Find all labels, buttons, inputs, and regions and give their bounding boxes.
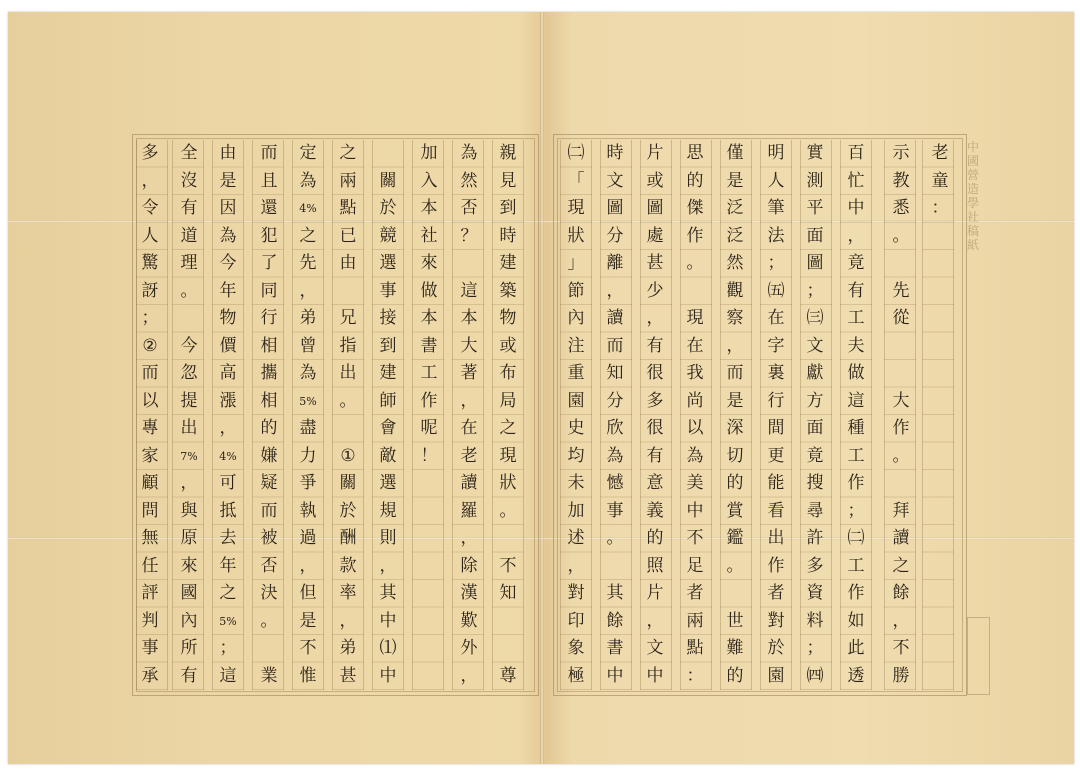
- handwritten-character: 事: [137, 635, 163, 663]
- handwritten-character: ，: [456, 525, 482, 553]
- handwritten-character: ㈣: [802, 663, 828, 691]
- handwritten-character: 點: [682, 635, 708, 663]
- handwritten-character: 年: [215, 278, 241, 306]
- handwritten-character: 老: [927, 140, 953, 168]
- handwritten-character: 面: [802, 415, 828, 443]
- handwritten-character: 許: [802, 525, 828, 553]
- handwritten-character: 於: [375, 195, 401, 223]
- handwritten-character: 百: [843, 140, 869, 168]
- left-page-column-5: 之兩點已由 兄指出。 ①關於酬款率，弟甚: [335, 140, 361, 690]
- handwritten-character: 曾: [295, 333, 321, 361]
- handwritten-character: 我: [682, 360, 708, 388]
- handwritten-character: 文: [802, 333, 828, 361]
- handwritten-character: 驚: [137, 250, 163, 278]
- handwritten-character: 令: [137, 195, 163, 223]
- handwritten-character: 是: [295, 608, 321, 636]
- handwritten-character: 弟: [295, 305, 321, 333]
- handwritten-character: 。: [682, 250, 708, 278]
- handwritten-character: 憾: [602, 470, 628, 498]
- handwritten-character: 文: [602, 168, 628, 196]
- handwritten-character: 園: [563, 388, 589, 416]
- handwritten-character: 在: [682, 333, 708, 361]
- handwritten-character: [456, 250, 482, 278]
- handwritten-character: 道: [176, 223, 202, 251]
- handwritten-character: [888, 470, 914, 498]
- stamp-character: 社: [967, 210, 979, 224]
- handwritten-character: 為: [215, 223, 241, 251]
- handwritten-character: 社: [416, 223, 442, 251]
- handwritten-character: 內: [176, 608, 202, 636]
- handwritten-character: 有: [176, 195, 202, 223]
- handwritten-character: 。: [888, 223, 914, 251]
- handwritten-character: 賞: [722, 498, 748, 526]
- handwritten-character: 而: [602, 333, 628, 361]
- left-page-column-10: 多，令人驚訝；②而以專家顧問無任評判事承: [137, 140, 163, 690]
- handwritten-character: 者: [763, 580, 789, 608]
- handwritten-character: 親: [495, 140, 521, 168]
- handwritten-character: 而: [137, 360, 163, 388]
- handwritten-character: 深: [722, 415, 748, 443]
- handwritten-character: 拜: [888, 498, 914, 526]
- handwritten-character: 法: [763, 223, 789, 251]
- handwritten-character: 印: [563, 608, 589, 636]
- handwritten-character: 史: [563, 415, 589, 443]
- handwritten-character: 家: [137, 443, 163, 471]
- handwritten-character: 而: [256, 498, 282, 526]
- handwritten-character: 業: [256, 663, 282, 691]
- handwritten-character: 書: [416, 333, 442, 361]
- handwritten-character: 歎: [456, 608, 482, 636]
- handwritten-character: ，: [642, 305, 668, 333]
- right-page-column-8: 片或圖處甚少，有很多很有意義的照片，文中: [642, 140, 668, 690]
- handwritten-character: 看: [763, 498, 789, 526]
- handwritten-character: 中: [843, 195, 869, 223]
- handwritten-character: 照: [642, 553, 668, 581]
- handwritten-character: 離: [602, 250, 628, 278]
- handwritten-character: 世: [722, 608, 748, 636]
- handwritten-character: [888, 250, 914, 278]
- handwritten-character: 而: [722, 360, 748, 388]
- left-page-column-1: 親見到時建築物或布局之現狀。 不知 尊: [495, 140, 521, 690]
- handwritten-character: 實: [802, 140, 828, 168]
- handwritten-character: 力: [295, 443, 321, 471]
- handwritten-character: 而: [256, 140, 282, 168]
- handwritten-character: 知: [495, 580, 521, 608]
- handwritten-character: ；: [802, 278, 828, 306]
- handwritten-character: 欣: [602, 415, 628, 443]
- handwritten-character: ，: [176, 470, 202, 498]
- handwritten-character: 處: [642, 223, 668, 251]
- handwritten-character: 不: [295, 635, 321, 663]
- handwritten-character: 在: [456, 415, 482, 443]
- handwritten-character: 爭: [295, 470, 321, 498]
- handwritten-character: 提: [176, 388, 202, 416]
- handwritten-character: 到: [375, 333, 401, 361]
- handwritten-character: 多: [642, 388, 668, 416]
- handwritten-character: 書: [602, 635, 628, 663]
- right-page-column-6: 僅是泛泛然觀察，而是深切的賞鑑。 世難的: [722, 140, 748, 690]
- handwritten-character: 國: [176, 580, 202, 608]
- handwritten-character: [495, 635, 521, 663]
- handwritten-character: 弟: [335, 635, 361, 663]
- handwritten-character: 嫌: [256, 443, 282, 471]
- handwritten-character: 兄: [335, 305, 361, 333]
- handwritten-character: 與: [176, 498, 202, 526]
- handwritten-character: [602, 553, 628, 581]
- handwritten-character: ㈡: [843, 525, 869, 553]
- left-page-column-6: 定為4%之先，弟曾為5%盡力爭執過，但是不惟: [295, 140, 321, 690]
- center-fold-crease: [540, 12, 544, 764]
- handwritten-character: 之: [888, 553, 914, 581]
- handwritten-character: 」: [563, 250, 589, 278]
- stamp-character: 學: [967, 196, 979, 210]
- handwritten-character: 的: [642, 525, 668, 553]
- handwritten-character: ，: [375, 553, 401, 581]
- handwritten-character: 。: [256, 608, 282, 636]
- handwritten-character: [335, 278, 361, 306]
- handwritten-character: 如: [843, 608, 869, 636]
- left-page-column-4: 關於競選事接到建師會敵選規則，其中⑴中: [375, 140, 401, 690]
- right-page-column-5: 明人筆法；㈤在字裏行間更能看出作者對於園: [763, 140, 789, 690]
- handwritten-character: 人: [137, 223, 163, 251]
- handwritten-character: ，: [295, 278, 321, 306]
- stamp-character: 紙: [967, 238, 979, 252]
- handwritten-character: ㈡: [563, 140, 589, 168]
- handwritten-character: 注: [563, 333, 589, 361]
- right-page-column-3: 百忙中，竟有工夫做這種工作；㈡工作如此透: [843, 140, 869, 690]
- handwritten-character: 字: [763, 333, 789, 361]
- handwritten-character: 作: [763, 553, 789, 581]
- stamp-character: 稿: [967, 224, 979, 238]
- stamp-character: 營: [967, 168, 979, 182]
- handwritten-character: 顧: [137, 470, 163, 498]
- handwritten-character: 之: [495, 415, 521, 443]
- handwritten-character: 泛: [722, 223, 748, 251]
- handwritten-character: 作: [843, 470, 869, 498]
- handwritten-character: 很: [642, 415, 668, 443]
- handwritten-character: 的: [722, 470, 748, 498]
- handwritten-character: 本: [416, 305, 442, 333]
- handwritten-character: 出: [176, 415, 202, 443]
- handwritten-character: 鑑: [722, 525, 748, 553]
- handwritten-character: 兩: [682, 608, 708, 636]
- handwritten-character: 悉: [888, 195, 914, 223]
- handwritten-character: 過: [295, 525, 321, 553]
- handwritten-character: 做: [843, 360, 869, 388]
- handwritten-character: 定: [295, 140, 321, 168]
- handwritten-character: 。: [495, 498, 521, 526]
- handwritten-character: 義: [642, 498, 668, 526]
- handwritten-character: 文: [642, 635, 668, 663]
- handwritten-character: 多: [802, 553, 828, 581]
- handwritten-character: 竟: [843, 250, 869, 278]
- handwritten-character: 率: [335, 580, 361, 608]
- handwritten-character: 的: [682, 168, 708, 196]
- handwritten-character: 對: [563, 580, 589, 608]
- handwritten-character: 4%: [295, 195, 321, 223]
- handwritten-character: 者: [682, 580, 708, 608]
- handwritten-character: 布: [495, 360, 521, 388]
- handwritten-character: [375, 140, 401, 168]
- handwritten-character: 工: [416, 360, 442, 388]
- handwritten-character: 判: [137, 608, 163, 636]
- handwritten-character: 僅: [722, 140, 748, 168]
- handwritten-character: 工: [843, 443, 869, 471]
- handwritten-character: 現: [495, 443, 521, 471]
- handwritten-character: 其: [375, 580, 401, 608]
- left-page-column-9: 全沒有道理。 今忽提出7%，與原來國內所有: [176, 140, 202, 690]
- handwritten-character: 測: [802, 168, 828, 196]
- handwritten-character: [722, 580, 748, 608]
- handwritten-character: 為: [682, 443, 708, 471]
- handwritten-character: 片: [642, 580, 668, 608]
- handwritten-character: 種: [843, 415, 869, 443]
- handwritten-character: 款: [335, 553, 361, 581]
- handwritten-character: 5%: [215, 608, 241, 636]
- handwritten-character: 餘: [602, 608, 628, 636]
- handwritten-character: 事: [375, 278, 401, 306]
- handwritten-character: 少: [642, 278, 668, 306]
- handwritten-character: 的: [256, 415, 282, 443]
- handwritten-character: 忙: [843, 168, 869, 196]
- handwritten-character: 讀: [888, 525, 914, 553]
- handwritten-character: 是: [722, 168, 748, 196]
- handwritten-character: 入: [416, 168, 442, 196]
- handwritten-character: 明: [763, 140, 789, 168]
- handwritten-character: 裏: [763, 360, 789, 388]
- handwritten-character: ，: [563, 553, 589, 581]
- handwritten-character: 出: [335, 360, 361, 388]
- handwritten-character: 時: [495, 223, 521, 251]
- handwritten-character: 資: [802, 580, 828, 608]
- handwritten-character: 選: [375, 250, 401, 278]
- handwritten-character: 於: [763, 635, 789, 663]
- handwritten-character: 狀: [563, 223, 589, 251]
- handwritten-character: 物: [215, 305, 241, 333]
- handwritten-character: 工: [843, 553, 869, 581]
- handwritten-character: ，: [888, 608, 914, 636]
- handwritten-character: 以: [137, 388, 163, 416]
- handwritten-character: 今: [176, 333, 202, 361]
- handwritten-character: 執: [295, 498, 321, 526]
- handwritten-character: 。: [888, 443, 914, 471]
- handwritten-character: 了: [256, 250, 282, 278]
- handwritten-character: ㈢: [802, 305, 828, 333]
- handwritten-character: 忽: [176, 360, 202, 388]
- handwritten-character: 思: [682, 140, 708, 168]
- handwritten-character: 可: [215, 470, 241, 498]
- right-page-column-2: 示教悉。 先從 大作。 拜讀之餘，不勝: [888, 140, 914, 690]
- handwritten-character: ，: [642, 608, 668, 636]
- left-page-column-7: 而且還犯了同行相攜相的嫌疑而被否決。 業: [256, 140, 282, 690]
- handwritten-character: 均: [563, 443, 589, 471]
- handwritten-character: 透: [843, 663, 869, 691]
- handwritten-character: 建: [495, 250, 521, 278]
- handwritten-character: 理: [176, 250, 202, 278]
- handwritten-character: 且: [256, 168, 282, 196]
- handwritten-character: ，: [843, 223, 869, 251]
- handwritten-character: 為: [456, 140, 482, 168]
- handwritten-character: 料: [802, 608, 828, 636]
- handwritten-character: 但: [295, 580, 321, 608]
- handwritten-character: 難: [722, 635, 748, 663]
- handwritten-character: 除: [456, 553, 482, 581]
- handwritten-character: 本: [456, 305, 482, 333]
- handwritten-character: 中: [642, 663, 668, 691]
- handwritten-character: 意: [642, 470, 668, 498]
- handwritten-character: 然: [722, 250, 748, 278]
- handwritten-character: 建: [375, 360, 401, 388]
- handwritten-character: 時: [602, 140, 628, 168]
- handwritten-character: 所: [176, 635, 202, 663]
- handwritten-character: 園: [763, 663, 789, 691]
- handwritten-character: ；: [802, 635, 828, 663]
- handwritten-character: 先: [888, 278, 914, 306]
- handwritten-character: 是: [722, 388, 748, 416]
- handwritten-character: 。: [335, 388, 361, 416]
- handwritten-character: 切: [722, 443, 748, 471]
- handwritten-character: 接: [375, 305, 401, 333]
- handwritten-character: 疑: [256, 470, 282, 498]
- handwritten-character: [888, 360, 914, 388]
- handwritten-character: 分: [602, 388, 628, 416]
- handwritten-character: 攜: [256, 360, 282, 388]
- handwritten-character: ：: [682, 663, 708, 691]
- handwritten-character: 已: [335, 223, 361, 251]
- handwritten-character: 很: [642, 360, 668, 388]
- handwritten-character: 象: [563, 635, 589, 663]
- handwritten-character: 尊: [495, 663, 521, 691]
- handwritten-character: 師: [375, 388, 401, 416]
- handwritten-character: 足: [682, 553, 708, 581]
- handwritten-character: 作: [682, 223, 708, 251]
- handwritten-character: 然: [456, 168, 482, 196]
- handwritten-character: 沒: [176, 168, 202, 196]
- handwritten-character: 有: [642, 333, 668, 361]
- handwritten-character: 內: [563, 305, 589, 333]
- handwritten-character: 因: [215, 195, 241, 223]
- handwritten-character: 夫: [843, 333, 869, 361]
- handwritten-character: 泛: [722, 195, 748, 223]
- handwritten-character: 這: [215, 663, 241, 691]
- handwritten-character: 能: [763, 470, 789, 498]
- handwritten-character: 。: [176, 278, 202, 306]
- handwritten-character: 物: [495, 305, 521, 333]
- handwritten-character: 這: [843, 388, 869, 416]
- handwritten-character: 呢: [416, 415, 442, 443]
- handwritten-character: [888, 333, 914, 361]
- handwritten-character: 竟: [802, 443, 828, 471]
- handwritten-character: 現: [563, 195, 589, 223]
- handwritten-character: 兩: [335, 168, 361, 196]
- handwritten-character: 對: [763, 608, 789, 636]
- handwritten-character: 這: [456, 278, 482, 306]
- handwritten-character: 美: [682, 470, 708, 498]
- handwritten-character: ，: [456, 388, 482, 416]
- handwritten-character: 人: [763, 168, 789, 196]
- handwritten-character: 作: [416, 388, 442, 416]
- handwritten-character: 察: [722, 305, 748, 333]
- handwritten-character: 築: [495, 278, 521, 306]
- handwritten-character: 作: [888, 415, 914, 443]
- handwritten-character: 之: [335, 140, 361, 168]
- handwritten-character: 讀: [602, 305, 628, 333]
- handwritten-character: 工: [843, 305, 869, 333]
- handwritten-character: ㈤: [763, 278, 789, 306]
- handwritten-character: 評: [137, 580, 163, 608]
- handwritten-character: 圖: [602, 195, 628, 223]
- handwritten-character: 分: [602, 223, 628, 251]
- handwritten-character: 惟: [295, 663, 321, 691]
- handwritten-character: 作: [843, 580, 869, 608]
- handwritten-character: 節: [563, 278, 589, 306]
- stamp-character: 造: [967, 182, 979, 196]
- handwritten-character: 本: [416, 195, 442, 223]
- handwritten-character: 以: [682, 415, 708, 443]
- handwritten-character: 片: [642, 140, 668, 168]
- handwritten-character: 被: [256, 525, 282, 553]
- handwritten-character: 事: [602, 498, 628, 526]
- handwritten-character: 4%: [215, 443, 241, 471]
- handwritten-character: ②: [137, 333, 163, 361]
- grid-writing-column: [922, 140, 954, 690]
- handwritten-character: 傑: [682, 195, 708, 223]
- handwritten-character: [495, 525, 521, 553]
- handwritten-character: 由: [335, 250, 361, 278]
- handwritten-character: 此: [843, 635, 869, 663]
- handwritten-character: 間: [763, 415, 789, 443]
- handwritten-character: 是: [215, 168, 241, 196]
- handwritten-character: 來: [176, 553, 202, 581]
- handwritten-character: 先: [295, 250, 321, 278]
- handwritten-character: 中: [682, 498, 708, 526]
- handwritten-character: 相: [256, 388, 282, 416]
- handwritten-character: 面: [802, 223, 828, 251]
- handwritten-character: 或: [642, 168, 668, 196]
- handwritten-character: 會: [375, 415, 401, 443]
- handwritten-character: 原: [176, 525, 202, 553]
- handwritten-character: 規: [375, 498, 401, 526]
- handwritten-character: 局: [495, 388, 521, 416]
- handwritten-character: 示: [888, 140, 914, 168]
- handwritten-character: 知: [602, 360, 628, 388]
- stamp-character: 中: [967, 140, 979, 154]
- handwritten-character: 專: [137, 415, 163, 443]
- handwritten-character: 極: [563, 663, 589, 691]
- handwritten-character: 勝: [888, 663, 914, 691]
- handwritten-character: ；: [215, 635, 241, 663]
- handwritten-character: ，: [722, 333, 748, 361]
- handwritten-character: ，: [335, 608, 361, 636]
- handwritten-character: 犯: [256, 223, 282, 251]
- handwritten-character: 。: [602, 525, 628, 553]
- handwritten-character: 為: [602, 443, 628, 471]
- handwritten-character: 抵: [215, 498, 241, 526]
- handwritten-character: 甚: [642, 250, 668, 278]
- handwritten-character: 相: [256, 333, 282, 361]
- handwritten-character: 圖: [802, 250, 828, 278]
- handwritten-character: [335, 415, 361, 443]
- handwritten-character: 價: [215, 333, 241, 361]
- handwritten-character: 選: [375, 470, 401, 498]
- handwritten-character: 關: [335, 470, 361, 498]
- handwritten-character: 承: [137, 663, 163, 691]
- right-page-column-7: 思的傑作。 現在我尚以為美中不足者兩點：: [682, 140, 708, 690]
- handwritten-character: 之: [215, 580, 241, 608]
- handwritten-character: 於: [335, 498, 361, 526]
- handwritten-character: ：: [927, 195, 953, 223]
- handwritten-character: 中: [375, 663, 401, 691]
